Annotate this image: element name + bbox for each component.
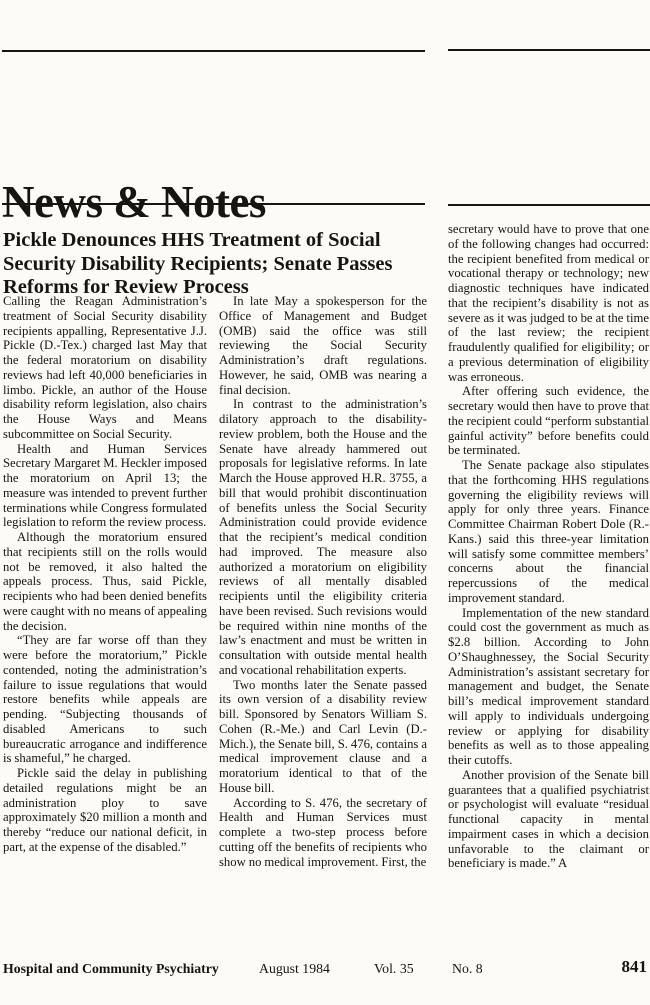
paragraph: Two months later the Senate passed its o… xyxy=(219,678,427,796)
paragraph: Although the moratorium ensured that rec… xyxy=(3,530,207,633)
footer-issue-date: August 1984 xyxy=(259,961,330,977)
article-column-3: secretary would have to prove that one o… xyxy=(448,222,649,945)
footer-journal-name: Hospital and Community Psychiatry xyxy=(3,961,219,977)
top-rule-right-segment xyxy=(448,49,650,51)
paragraph: Implementation of the new standard could… xyxy=(448,606,649,768)
paragraph: “They are far worse off than they were b… xyxy=(3,633,207,766)
paragraph: Pickle said the delay in publishing deta… xyxy=(3,766,207,855)
footer-volume-label: Vol. 35 xyxy=(374,961,414,977)
paragraph: According to S. 476, the secretary of He… xyxy=(219,796,427,870)
paragraph: Calling the Reagan Administration’s trea… xyxy=(3,294,207,442)
paragraph: Health and Human Services Secretary Marg… xyxy=(3,442,207,531)
paragraph: In contrast to the administration’s dila… xyxy=(219,397,427,677)
paragraph: In late May a spokesperson for the Offic… xyxy=(219,294,427,397)
article-headline: Pickle Denounces HHS Treatment of Social… xyxy=(3,229,427,300)
paragraph: The Senate package also stipulates that … xyxy=(448,458,649,606)
article-column-2: In late May a spokesperson for the Offic… xyxy=(219,294,427,946)
paragraph: Another provision of the Senate bill gua… xyxy=(448,768,649,871)
journal-page: News & Notes Pickle Denounces HHS Treatm… xyxy=(0,0,650,1005)
paragraph: After offering such evidence, the secret… xyxy=(448,384,649,458)
paragraph: secretary would have to prove that one o… xyxy=(448,222,649,384)
footer-issue-number: No. 8 xyxy=(452,961,483,977)
top-rule-left-segment xyxy=(2,50,425,52)
masthead-rule-right-segment xyxy=(448,204,650,206)
masthead-rule-left-segment xyxy=(2,203,425,205)
footer-page-number: 841 xyxy=(622,957,648,977)
article-column-1: Calling the Reagan Administration’s trea… xyxy=(3,294,207,946)
